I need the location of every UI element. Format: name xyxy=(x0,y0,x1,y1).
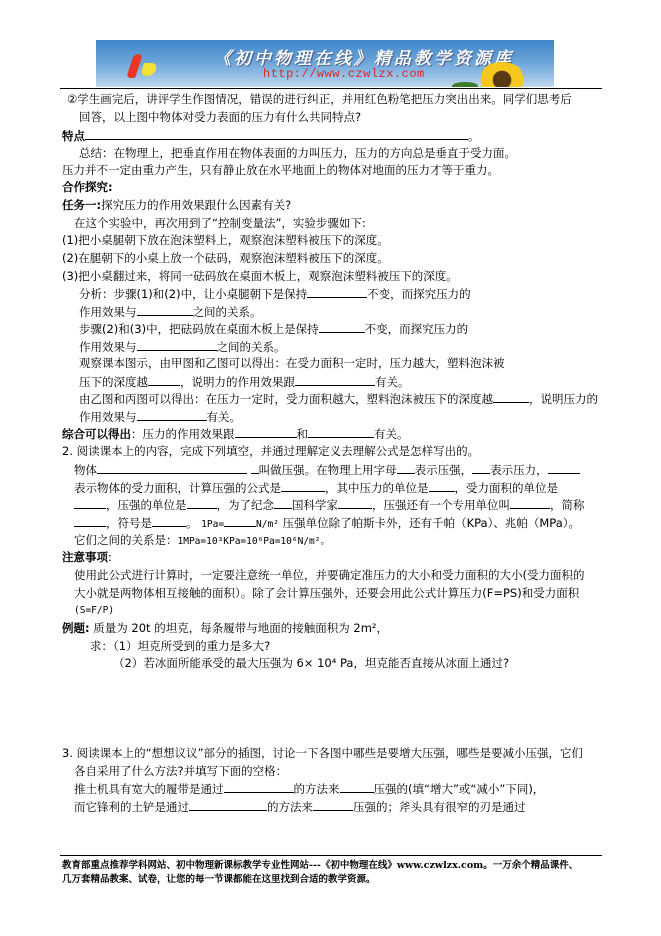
banner-title: 《初中物理在线》精品教学资源库 xyxy=(214,44,514,69)
conclusion-label: 综合可以得出 xyxy=(62,427,131,441)
s3-l3-c: 压强的(填“增大”或“减小”下同)， xyxy=(374,782,545,796)
s2-l1-c: 表示压强， xyxy=(415,463,473,477)
step-1: (1)把小桌腿朝下放在泡沫塑料上，观察泡沫塑料被压下的深度。 xyxy=(62,232,389,249)
example-label: 例题: xyxy=(62,621,90,635)
conclusion-blank-1[interactable] xyxy=(235,425,297,438)
s2-l3-c: 国科学家 xyxy=(292,498,338,512)
observe1-text-c: ，说明力的作用效果跟 xyxy=(180,375,295,389)
example-q2: （2）若冰面所能承受的最大压强为 6× 10⁴ Pa，坦克能否直接从冰面上通过? xyxy=(113,655,509,672)
observe2-text-d: 有关。 xyxy=(207,410,242,424)
notes-row: 注意事项: xyxy=(62,549,112,566)
s2-l4-d: N/m² xyxy=(256,519,279,530)
analysis2-text-d: 之间的关系。 xyxy=(217,340,286,354)
s2-l1-a: 物体 xyxy=(74,463,97,477)
country-blank[interactable] xyxy=(274,496,292,509)
definition-blank[interactable] xyxy=(97,461,247,474)
step-3: (3)把小桌翻过来，将同一砝码放在桌面木板上，观察泡沫塑料被压下的深度。 xyxy=(62,268,458,285)
s2-l4-b: 。 xyxy=(186,516,198,530)
notes-line-1: 使用此公式进行计算时，一定要注意统一单位，并要确定准压力的大小和受力面积的大小(… xyxy=(74,567,584,584)
force-unit-blank[interactable] xyxy=(429,479,455,492)
bulldozer-method-blank[interactable] xyxy=(224,780,294,793)
observe2-blank-1[interactable] xyxy=(493,390,529,403)
abbrev-blank[interactable] xyxy=(74,514,106,527)
step-2: (2)在腿朝下的小桌上放一个砝码，观察泡沫塑料被压下的深度。 xyxy=(62,250,389,267)
observe1-row-2: 压下的深度越，说明力的作用效果跟有关。 xyxy=(79,373,410,390)
observe1-row: 观察课本图示，由甲图和乙图可以得出：在受力面积一定时，压力越大，塑料泡沫被 xyxy=(79,355,505,372)
banner-url: http://www.czwlzx.com xyxy=(263,67,425,81)
s2-l1-d: 表示压力， xyxy=(490,463,548,477)
logo-icon-accent xyxy=(140,63,158,76)
footer-divider xyxy=(60,855,602,856)
section3-line-2: 各自采用了什么方法?并填写下面的空格： xyxy=(74,763,287,780)
observe2-row: 由乙图和丙图可以得出：在压力一定时，受力面积越大，塑料泡沫被压下的深度越，说明压… xyxy=(79,390,598,407)
analysis1-blank-1[interactable] xyxy=(307,285,367,298)
method-line: 在这个实验中，再次用到了“控制变量法”，实验步骤如下: xyxy=(74,215,366,232)
observe2-text-c: 作用效果与 xyxy=(79,410,137,424)
analysis1-text-b: 不变，而探究压力的 xyxy=(367,287,471,301)
s3-l4-b: 的方法来 xyxy=(267,800,313,814)
analysis2-row-2: 作用效果与之间的关系。 xyxy=(79,338,286,355)
feature-end: 。 xyxy=(468,129,480,143)
analysis2-text-b: 不变，而探究压力的 xyxy=(365,322,469,336)
notes-line-3: (S=F/P) xyxy=(74,602,114,619)
example-ask: 求：（1）坦克所受到的重力是多大? xyxy=(90,638,270,655)
analysis2-text-c: 作用效果与 xyxy=(79,340,137,354)
analysis1-row-2: 作用效果与之间的关系。 xyxy=(79,303,262,320)
analysis2-blank-2[interactable] xyxy=(137,338,217,351)
observe1-text-d: 有关。 xyxy=(375,375,410,389)
observe1-text-b: 压下的深度越 xyxy=(79,375,148,389)
feature-label: 特点 xyxy=(62,129,85,143)
s2-l5-a: 它们之间的关系是： xyxy=(74,533,178,547)
section2-row-4: ，符号是。 1Pa=N/m² 压强单位除了帕斯卡外，还有千帕（KPa）、兆帕（M… xyxy=(74,514,580,531)
s2-l3-d: ，压强还有一个专用单位叫 xyxy=(372,498,510,512)
feature-row: 特点。 xyxy=(62,127,480,144)
s2-l3-a: ，压强的单位是 xyxy=(106,498,187,512)
s3-l3-b: 的方法来 xyxy=(294,782,340,796)
section3-row-4: 而它锋利的土铲是通过的方法来压强的；斧头具有很窄的刃是通过 xyxy=(74,798,526,815)
conclusion-and: 和 xyxy=(297,427,309,441)
s2-l3-b: ，为了纪念 xyxy=(217,498,275,512)
s2-l5-b: 1MPa=10³KPa=10⁶Pa=10⁶N/m²。 xyxy=(178,536,331,547)
conclusion-text: ：压力的作用效果跟 xyxy=(131,427,235,441)
s2-l2-a: 表示物体的受力面积，计算压强的公式是 xyxy=(74,481,281,495)
header-banner: 《初中物理在线》精品教学资源库 http://www.czwlzx.com xyxy=(96,40,554,87)
footer-line-2: 几万套精品教案、试卷，让您的每一节课都能在这里找到合适的教学资源。 xyxy=(62,873,376,887)
task1-text: 探究压力的作用效果跟什么因素有关? xyxy=(101,198,291,212)
observe2-blank-2[interactable] xyxy=(137,408,207,421)
footer-line-1: 教育部重点推荐学科网站、初中物理新课标教学专业性网站---《初中物理在线》www… xyxy=(62,859,578,873)
observe1-blank-1[interactable] xyxy=(148,373,180,386)
task1-label: 任务一: xyxy=(62,198,101,212)
conclusion-row: 综合可以得出：压力的作用效果跟和有关。 xyxy=(62,425,409,442)
summary-line-1: 总结：在物理上，把垂直作用在物体表面的力叫压力，压力的方向总是垂直于受力面。 xyxy=(79,145,516,162)
conclusion-end: 有关。 xyxy=(374,427,409,441)
header-divider xyxy=(60,88,602,89)
observe2-row-2: 作用效果与有关。 xyxy=(79,408,241,425)
section3-line-1: 3. 阅读课本上的“想想议议”部分的插图，讨论一下各图中哪些是要增大压强，哪些是… xyxy=(62,745,583,762)
section2-row-5: 它们之间的关系是：1MPa=10³KPa=10⁶Pa=10⁶N/m²。 xyxy=(74,532,330,549)
symbol-force-blank[interactable] xyxy=(472,461,490,474)
observe1-blank-2[interactable] xyxy=(295,373,375,386)
section2-row-1: 物体 叫做压强。在物理上用字母表示压强，表示压力， xyxy=(74,461,580,478)
intro-line-1: ②学生画完后，讲评学生作图情况，错误的进行纠正，并用红色粉笔把压力突出出来。同学… xyxy=(67,91,572,108)
section2-row-2: 表示物体的受力面积，计算压强的公式是，其中压力的单位是，受力面积的单位是 xyxy=(74,479,558,496)
s2-l4-a: ，符号是 xyxy=(106,516,152,530)
s2-l1-b: 叫做压强。在物理上用字母 xyxy=(259,463,397,477)
s3-l4-c: 压强的；斧头具有很窄的刃是通过 xyxy=(353,800,526,814)
notes-line-2: 大小就是两物体相互接触的面积）。除了会计算压强外，还要会用此公式计算压力(F=P… xyxy=(74,585,579,602)
notes-colon: : xyxy=(108,550,112,564)
area-unit-blank[interactable] xyxy=(74,496,106,509)
definition-blank-tail[interactable] xyxy=(251,461,259,474)
section3-row-3: 推土机具有宽大的履带是通过的方法来压强的(填“增大”或“减小”下同)， xyxy=(74,780,544,797)
shovel-method-blank[interactable] xyxy=(189,798,267,811)
special-unit-blank[interactable] xyxy=(510,496,550,509)
pa-conversion-blank[interactable] xyxy=(224,514,256,527)
section2-heading: 2. 阅读课本上的内容，完成下列填空，并通过理解定义去理解公式是怎样写出的。 xyxy=(62,443,479,460)
shovel-effect-blank[interactable] xyxy=(313,798,353,811)
task1-row: 任务一:探究压力的作用效果跟什么因素有关? xyxy=(62,197,291,214)
leaf-decoration xyxy=(452,82,478,87)
analysis1-blank-2[interactable] xyxy=(137,303,193,316)
s2-l2-c: ，受力面积的单位是 xyxy=(455,481,559,495)
s2-l4-c: 1Pa= xyxy=(201,519,224,530)
s2-l4-e: 压强单位除了帕斯卡外，还有千帕（KPa）、兆帕（MPa）。 xyxy=(283,516,580,530)
cooperation-heading: 合作探究: xyxy=(62,179,113,196)
pressure-unit-blank[interactable] xyxy=(187,496,217,509)
symbol-pressure-blank[interactable] xyxy=(397,461,415,474)
summary-line-2: 压力并不一定由重力产生，只有静止放在水平地面上的物体对地面的压力才等于重力。 xyxy=(62,162,499,179)
s3-l3-a: 推土机具有宽大的履带是通过 xyxy=(74,782,224,796)
symbol-area-blank[interactable] xyxy=(548,461,580,474)
formula-blank[interactable] xyxy=(281,479,325,492)
example-text: 质量为 20t 的坦克，每条履带与地面的接触面积为 2m²， xyxy=(93,621,388,635)
section2-row-3: ，压强的单位是，为了纪念国科学家，压强还有一个专用单位叫，简称 xyxy=(74,496,585,513)
sunflower-image xyxy=(478,62,526,87)
s2-l3-e: ，简称 xyxy=(550,498,585,512)
conclusion-blank-2[interactable] xyxy=(308,425,374,438)
analysis2-row: 步骤(2)和(3)中，把砝码放在桌面木板上是保持不变，而探究压力的 xyxy=(79,320,468,337)
intro-line-2: 回答，以上图中物体对受力表面的压力有什么共同特点? xyxy=(79,109,361,126)
analysis1-row: 分析：步骤(1)和(2)中，让小桌腿朝下是保持不变，而探究压力的 xyxy=(79,285,471,302)
analysis1-text-c: 作用效果与 xyxy=(79,305,137,319)
observe2-text: 由乙图和丙图可以得出：在压力一定时，受力面积越大，塑料泡沫被压下的深度越 xyxy=(79,392,493,406)
bulldozer-effect-blank[interactable] xyxy=(340,780,374,793)
observe2-text-b: ，说明压力的 xyxy=(529,392,598,406)
s3-l4-a: 而它锋利的土铲是通过 xyxy=(74,800,189,814)
analysis2-text: 步骤(2)和(3)中，把砝码放在桌面木板上是保持 xyxy=(79,322,319,336)
notes-label: 注意事项 xyxy=(62,550,108,564)
analysis1-text-d: 之间的关系。 xyxy=(193,305,262,319)
unit-symbol-blank[interactable] xyxy=(152,514,186,527)
feature-blank[interactable] xyxy=(85,127,468,140)
scientist-blank[interactable] xyxy=(338,496,372,509)
analysis1-text: 分析：步骤(1)和(2)中，让小桌腿朝下是保持 xyxy=(79,287,307,301)
logo-icon xyxy=(126,54,143,78)
example-row: 例题: 质量为 20t 的坦克，每条履带与地面的接触面积为 2m²， xyxy=(62,620,388,637)
s2-l2-b: ，其中压力的单位是 xyxy=(325,481,429,495)
analysis2-blank-1[interactable] xyxy=(319,320,365,333)
